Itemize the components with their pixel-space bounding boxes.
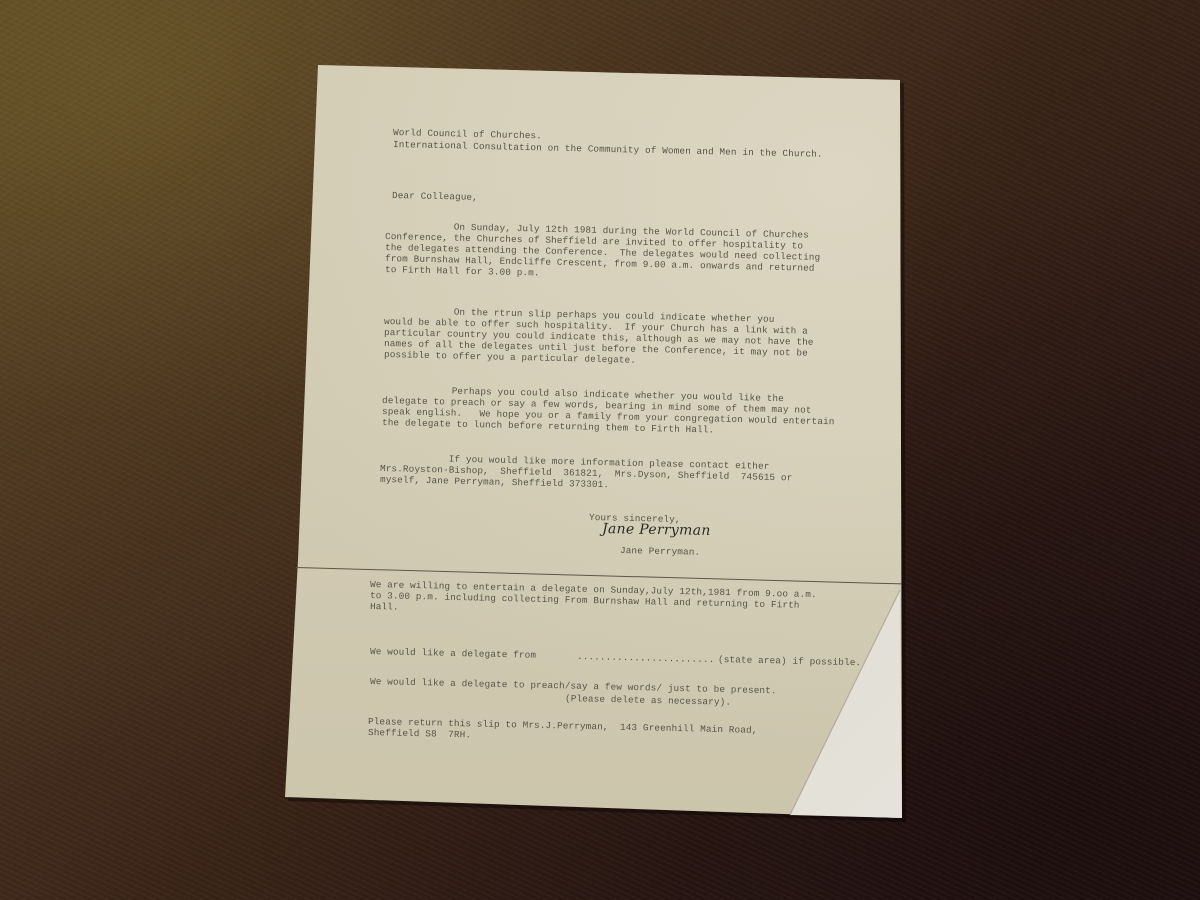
letter: World Council of Churches. International…: [0, 0, 1200, 900]
return-instructions-line: Sheffield S8 7RH.: [368, 728, 471, 741]
salutation: Dear Colleague,: [392, 191, 478, 204]
slip-intro-line: Hall.: [370, 602, 399, 613]
event-title-line: International Consultation on the Commun…: [393, 140, 823, 160]
delegate-role-note: (Please delete as necessary).: [565, 694, 731, 708]
typed-signature: Jane Perryman.: [620, 546, 700, 558]
paragraph-line: to Firth Hall for 3.00 p.m.: [385, 265, 540, 279]
delegate-from-suffix: (state area) if possible.: [718, 655, 861, 669]
delegate-from-blank[interactable]: ........................: [577, 652, 715, 666]
handwritten-signature: Jane Perryman: [602, 524, 711, 536]
delegate-from-label: We would like a delegate from: [370, 647, 536, 661]
